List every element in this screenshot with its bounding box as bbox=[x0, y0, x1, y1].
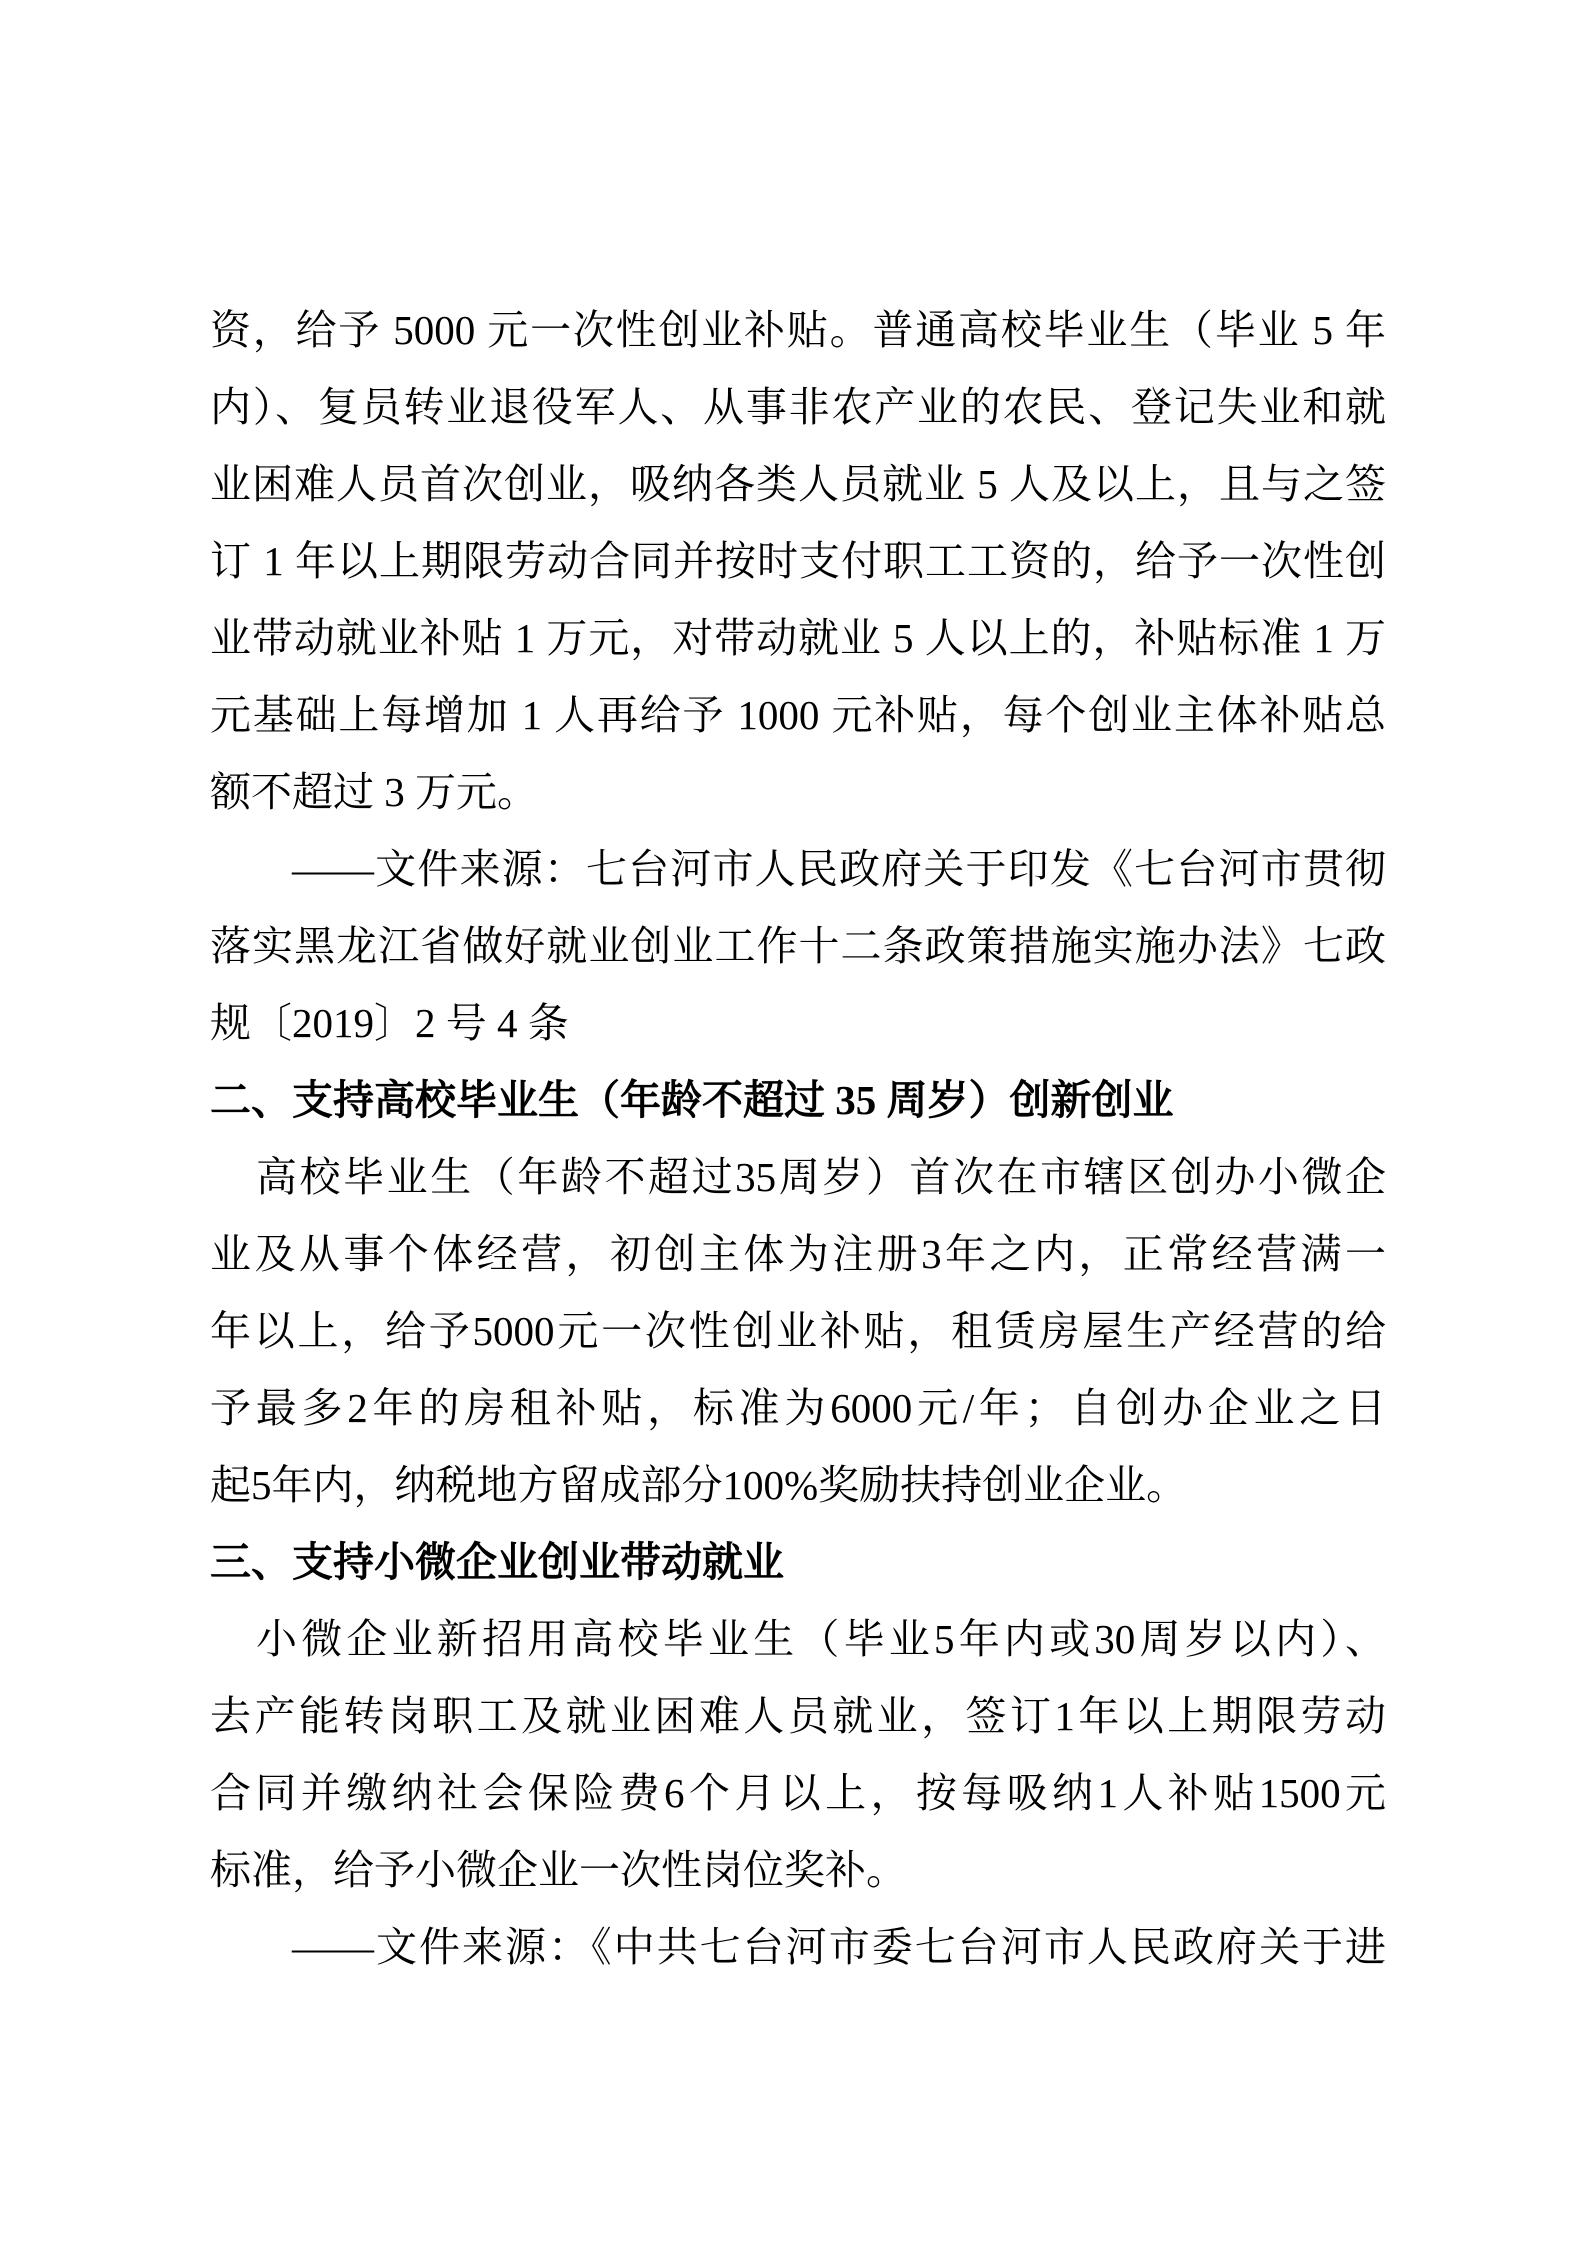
body-line: 合同并缴纳社会保险费6个月以上，按每吸纳1人补贴1500元 bbox=[210, 1755, 1386, 1832]
body-line: 业带动就业补贴 1 万元，对带动就业 5 人以上的，补贴标准 1 万 bbox=[210, 600, 1386, 677]
document-page: 资，给予 5000 元一次性创业补贴。普通高校毕业生（毕业 5 年 内）、复员转… bbox=[0, 0, 1588, 2245]
section-heading-3: 三、支持小微企业创业带动就业 bbox=[210, 1524, 1386, 1601]
body-line: 小微企业新招用高校毕业生（毕业5年内或30周岁以内）、 bbox=[210, 1601, 1386, 1678]
body-line: 业及从事个体经营，初创主体为注册3年之内，正常经营满一 bbox=[210, 1216, 1386, 1293]
body-line: 标准，给予小微企业一次性岗位奖补。 bbox=[210, 1832, 1386, 1909]
section-heading-2: 二、支持高校毕业生（年龄不超过 35 周岁）创新创业 bbox=[210, 1062, 1386, 1139]
source-reference-line: 规〔2019〕2 号 4 条 bbox=[210, 985, 1386, 1062]
body-line: 额不超过 3 万元。 bbox=[210, 754, 1386, 831]
body-line: 内）、复员转业退役军人、从事非农产业的农民、登记失业和就 bbox=[210, 369, 1386, 446]
body-line: 予最多2年的房租补贴，标准为6000元/年；自创办企业之日 bbox=[210, 1370, 1386, 1447]
body-line: 去产能转岗职工及就业困难人员就业，签订1年以上期限劳动 bbox=[210, 1678, 1386, 1755]
body-line: 资，给予 5000 元一次性创业补贴。普通高校毕业生（毕业 5 年 bbox=[210, 292, 1386, 369]
body-line: 业困难人员首次创业，吸纳各类人员就业 5 人及以上，且与之签 bbox=[210, 446, 1386, 523]
source-reference-line: 落实黑龙江省做好就业创业工作十二条政策措施实施办法》七政 bbox=[210, 908, 1386, 985]
body-line: 订 1 年以上期限劳动合同并按时支付职工工资的，给予一次性创 bbox=[210, 523, 1386, 600]
body-line: 高校毕业生（年龄不超过35周岁）首次在市辖区创办小微企 bbox=[210, 1139, 1386, 1216]
body-line: 年以上，给予5000元一次性创业补贴，租赁房屋生产经营的给 bbox=[210, 1293, 1386, 1370]
document-text-block: 资，给予 5000 元一次性创业补贴。普通高校毕业生（毕业 5 年 内）、复员转… bbox=[210, 292, 1386, 1986]
source-reference-line: ——文件来源：七台河市人民政府关于印发《七台河市贯彻 bbox=[210, 831, 1386, 908]
body-line: 元基础上每增加 1 人再给予 1000 元补贴，每个创业主体补贴总 bbox=[210, 677, 1386, 754]
body-line: 起5年内，纳税地方留成部分100%奖励扶持创业企业。 bbox=[210, 1447, 1386, 1524]
source-reference-line: ——文件来源：《中共七台河市委七台河市人民政府关于进 bbox=[210, 1909, 1386, 1986]
